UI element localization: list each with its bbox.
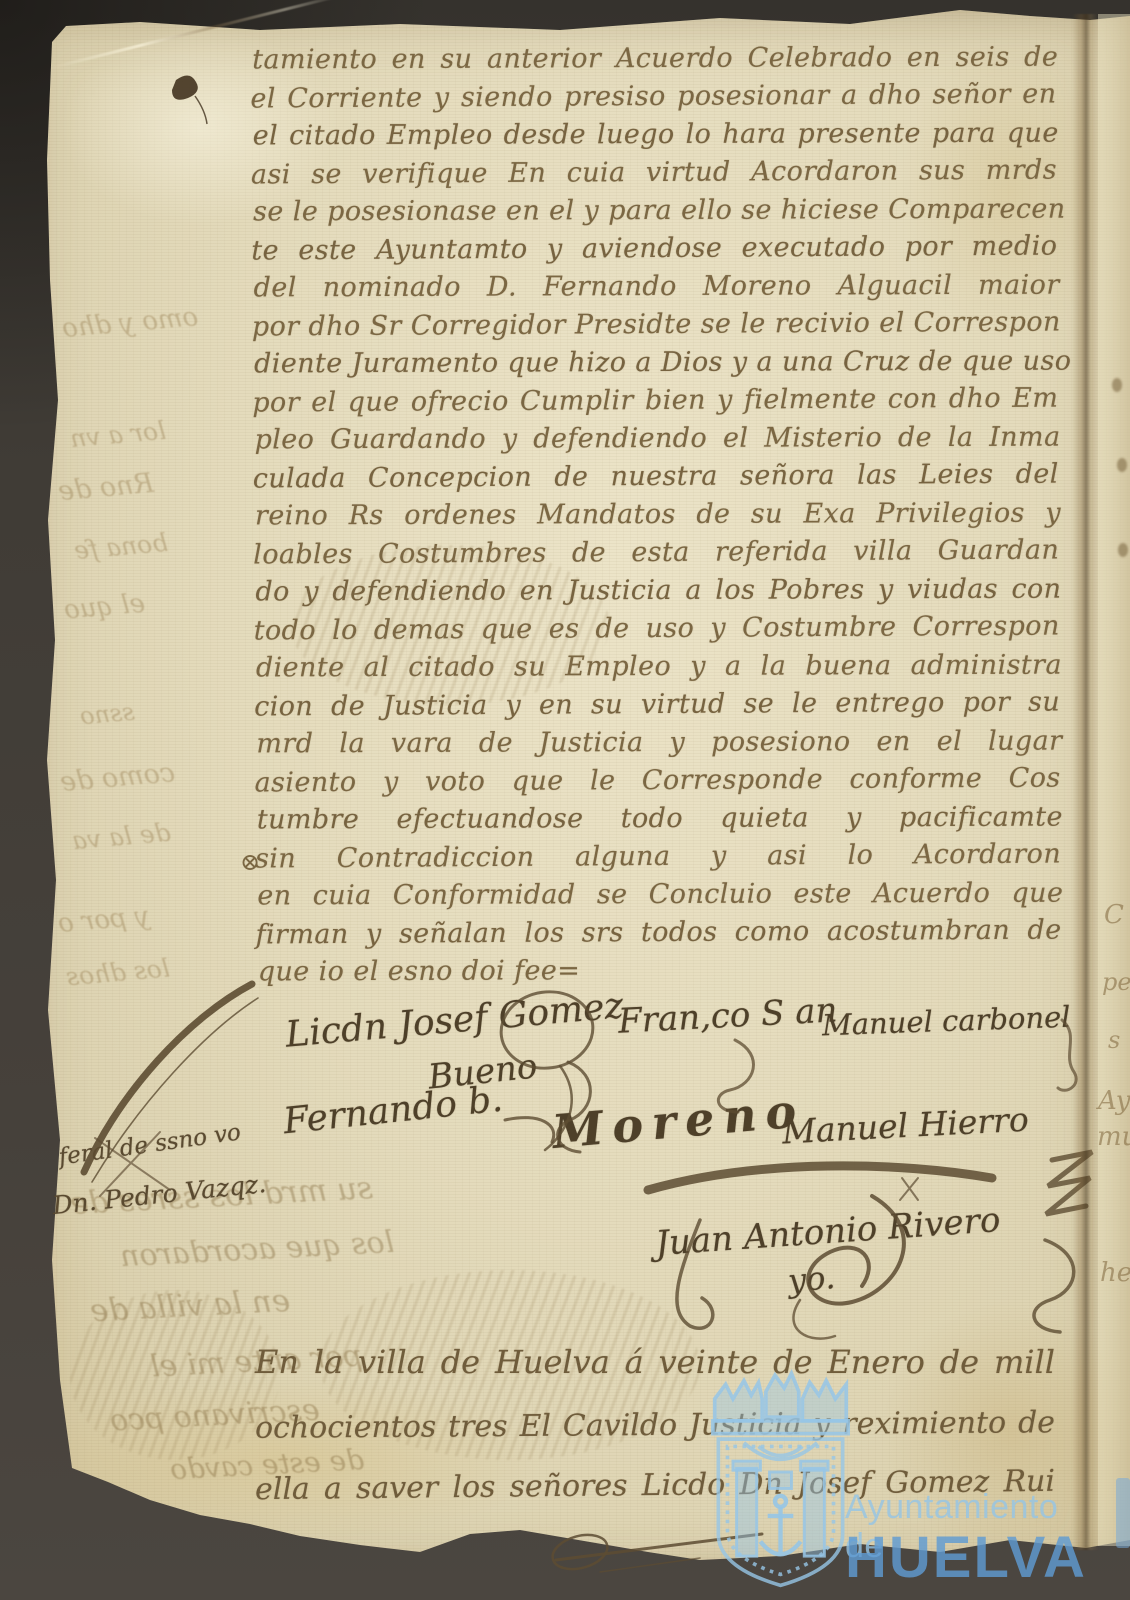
signature-yo-mark: yo.: [786, 1258, 836, 1300]
watermark-fragment: [1116, 1478, 1130, 1548]
manuscript-line: asi se verifique En cuia virtud Acordaro…: [251, 152, 1057, 195]
adjacent-page-text: s: [1108, 1026, 1120, 1054]
center-tower: [770, 1472, 792, 1488]
manuscript-line: tamiento en su anterior Acuerdo Celebrad…: [252, 39, 1058, 80]
manuscript-line: reino Rs ordenes Mandatos de su Exa Priv…: [255, 495, 1061, 536]
adjacent-page-mark: [1117, 458, 1127, 472]
manuscript-line: el Corriente y siendo presiso posesionar…: [250, 76, 1056, 119]
adjacent-page-text: C: [1104, 900, 1124, 930]
adjacent-page-text: mu: [1097, 1122, 1130, 1152]
manuscript-line: por el que ofrecio Cumplir bien y fielme…: [252, 380, 1058, 423]
footer-line: En la villa de Huelva á veinte de Enero …: [255, 1338, 1055, 1386]
watermark-text-huelva: HUELVA: [845, 1524, 1130, 1591]
crown-center-tower: [766, 1373, 799, 1417]
manuscript-line: que io el esno doi fee=: [258, 951, 1064, 992]
manuscript-line: diente al citado su Empleo y a la buena …: [256, 647, 1062, 688]
manuscript-line: mrd la vara de Justicia y posesiono en e…: [256, 723, 1062, 764]
manuscript-line: en cuia Conformidad se Concluio este Acu…: [257, 875, 1063, 916]
adjacent-page-text: he: [1100, 1258, 1130, 1288]
manuscript-line: del nominado D. Fernando Moreno Alguacil…: [254, 267, 1060, 308]
bleedthrough-text: ssno: [79, 698, 136, 731]
manuscript-line: firman y señalan los srs todos como acos…: [255, 912, 1061, 955]
manuscript-line: do y defendiendo en Justicia a los Pobre…: [255, 571, 1061, 612]
manuscript-line: todo lo demas que es de uso y Costumbre …: [254, 608, 1060, 651]
crown-left-tower: [715, 1381, 763, 1421]
marginal-circled-x-mark: ⊗: [240, 848, 260, 876]
manuscript-line: cion de Justicia y en su virtud se le en…: [254, 684, 1060, 727]
manuscript-line: el citado Empleo desde luego lo hara pre…: [253, 115, 1059, 156]
adjacent-page-mark: [1118, 543, 1128, 557]
manuscript-line: por dho Sr Corregidor Presidte se le rec…: [252, 304, 1058, 347]
footer-line: ochocientos tres El Cavildo Justicia y r…: [255, 1399, 1055, 1453]
anchor-ring: [775, 1496, 786, 1507]
crown-right-tower: [802, 1381, 846, 1421]
manuscript-line: asiento y voto que le Corresponde confor…: [255, 760, 1061, 803]
manuscript-line: culada Concepcion de nuestra señora las …: [253, 456, 1059, 499]
right-column: [804, 1468, 824, 1556]
manuscript-line: te este Ayuntamto y aviendose executado …: [251, 228, 1057, 271]
adjacent-page-text: Ay: [1098, 1086, 1130, 1116]
left-column: [737, 1468, 757, 1556]
adjacent-page-strip: [1098, 14, 1130, 1546]
adjacent-page-text: pe: [1102, 968, 1130, 996]
manuscript-line: sin Contradiccion alguna y asi lo Acorda…: [255, 836, 1061, 879]
manuscript-line: se le posesionase en el y para ello se h…: [253, 191, 1059, 232]
binding-gutter-crease: [1072, 14, 1098, 1550]
crown-band: [713, 1421, 848, 1434]
manuscript-line: tumbre efectuandose todo quieta y pacifi…: [257, 799, 1063, 840]
manuscript-line: loables Costumbres de esta referida vill…: [253, 532, 1059, 575]
manuscript-line: pleo Guardando y defendiendo el Misterio…: [254, 419, 1060, 460]
adjacent-page-mark: [1112, 378, 1122, 392]
manuscript-line: diente Juramento que hizo a Dios y a una…: [254, 343, 1060, 384]
scanned-manuscript: omo y dho lor a vn Rno de bona fe el quo…: [0, 0, 1130, 1600]
manuscript-body: tamiento en su anterior Acuerdo Celebrad…: [250, 38, 1062, 993]
